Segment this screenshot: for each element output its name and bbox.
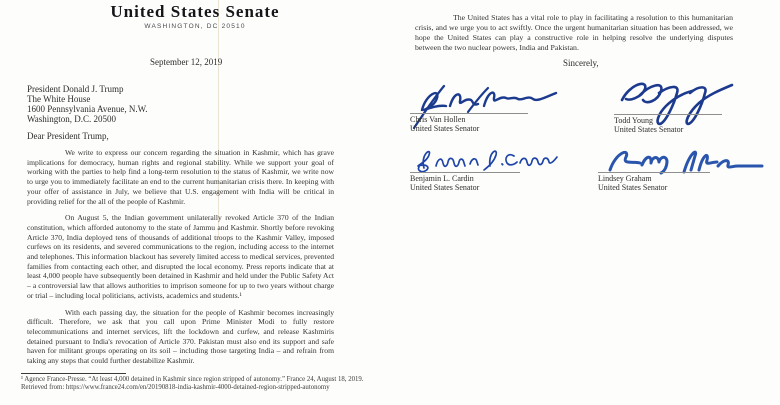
senate-letterhead: United States Senate WASHINGTON, DC 2051… (0, 2, 390, 30)
signer-name: Todd Young (614, 116, 653, 125)
body-paragraph-1: We write to express our concern regardin… (27, 148, 334, 206)
signature-block-cardin: Benjamin L. Cardin United States Senator (410, 144, 575, 196)
signer-name: Chris Van Hollen (410, 115, 465, 124)
signer-name: Benjamin L. Cardin (410, 174, 474, 183)
signature-block-van-hollen: Chris Van Hollen United States Senator (410, 82, 575, 137)
signature-underline (614, 114, 722, 115)
signature-underline (598, 172, 710, 173)
closing-sincerely: Sincerely, (563, 58, 599, 68)
recipient-line: President Donald J. Trump (27, 84, 148, 94)
recipient-line: Washington, D.C. 20500 (27, 114, 148, 124)
signer-title: United States Senator (410, 124, 479, 133)
salutation: Dear President Trump, (27, 131, 334, 141)
letter-scan: United States Senate WASHINGTON, DC 2051… (0, 0, 780, 405)
letterhead-title: United States Senate (0, 2, 390, 22)
signer-title: United States Senator (410, 183, 479, 192)
letter-date: September 12, 2019 (150, 57, 222, 67)
closing-paragraph: The United States has a vital role to pl… (415, 13, 733, 53)
recipient-line: The White House (27, 94, 148, 104)
signature-block-graham: Lindsey Graham United States Senator (598, 144, 773, 196)
signature-underline (410, 172, 520, 173)
footnote: ¹ Agence France-Presse. “At least 4,000 … (21, 373, 373, 392)
letterhead-address: WASHINGTON, DC 20510 (0, 23, 390, 30)
signature-block-young: Todd Young United States Senator (614, 76, 774, 138)
footnote-text: ¹ Agence France-Presse. “At least 4,000 … (21, 376, 373, 392)
footnote-rule (21, 373, 126, 374)
letter-page-2: The United States has a vital role to pl… (390, 0, 780, 405)
signature-underline (410, 113, 528, 114)
letter-body: Dear President Trump, We write to expres… (27, 131, 334, 373)
recipient-line: 1600 Pennsylvania Avenue, N.W. (27, 104, 148, 114)
signer-name: Lindsey Graham (598, 174, 652, 183)
signer-title: United States Senator (614, 125, 683, 134)
body-paragraph-2: On August 5, the Indian government unila… (27, 213, 334, 300)
recipient-address: President Donald J. Trump The White Hous… (27, 84, 148, 124)
letter-page-1: United States Senate WASHINGTON, DC 2051… (0, 0, 390, 405)
body-paragraph-3: With each passing day, the situation for… (27, 308, 334, 366)
signer-title: United States Senator (598, 183, 667, 192)
